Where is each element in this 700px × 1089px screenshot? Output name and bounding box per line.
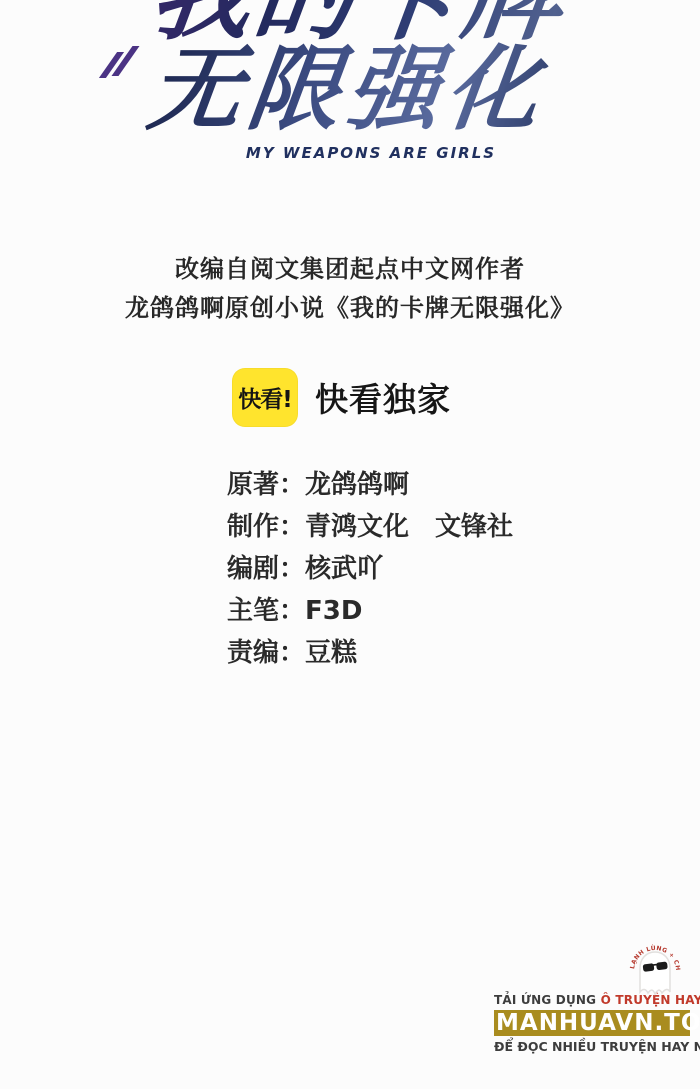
kuaikan-logo-badge: 快看! xyxy=(232,368,298,427)
credit-label: 责编 xyxy=(227,632,279,669)
credit-row-production: 制作：青鸿文化 文锋社 xyxy=(227,506,513,533)
credit-value: 青鸿文化 文锋社 xyxy=(305,506,513,543)
credit-value: 龙鸽鸽啊 xyxy=(305,464,409,501)
watermark-prefix: TẢI ỨNG DỤNG xyxy=(494,993,601,1007)
credit-label: 编剧 xyxy=(227,548,279,585)
watermark-tagline-bottom: ĐỂ ĐỌC NHIỀU TRUYỆN HAY NHÉ! xyxy=(494,1039,690,1054)
credit-label: 制作 xyxy=(227,506,279,543)
credits-list: 原著：龙鸽鸽啊 制作：青鸿文化 文锋社 编剧：核武吖 主笔：F3D 责编：豆糕 xyxy=(227,464,513,674)
credit-colon: ： xyxy=(279,548,305,585)
logo-title-line2: 无限强化 xyxy=(0,42,700,139)
credit-colon: ： xyxy=(279,590,305,627)
credit-row-original-author: 原著：龙鸽鸽啊 xyxy=(227,464,513,491)
watermark-site-url: MANHUAVN.TOP xyxy=(494,1010,690,1036)
credit-value: 核武吖 xyxy=(305,548,383,585)
site-watermark: LẠNH LÙNG + CHILL TẢI ỨNG DỤNG Ô TRUYỆN … xyxy=(494,993,690,1054)
mascot-ghost-icon: LẠNH LÙNG + CHILL xyxy=(627,933,683,997)
ghost-body xyxy=(640,952,670,994)
credit-colon: ： xyxy=(279,632,305,669)
credit-label: 原著 xyxy=(227,464,279,501)
adaptation-note: 改编自阅文集团起点中文网作者 龙鸽鸽啊原创小说《我的卡牌无限强化》 xyxy=(0,250,700,328)
credit-value: 豆糕 xyxy=(305,632,357,669)
logo-title-line1: 我的卡牌 xyxy=(3,0,700,48)
kuaikan-exclusive-label: 快看独家 xyxy=(315,374,451,421)
credit-row-lead-artist: 主笔：F3D xyxy=(227,590,513,617)
adaptation-line-2: 龙鸽鸽啊原创小说《我的卡牌无限强化》 xyxy=(0,289,700,328)
credit-colon: ： xyxy=(279,506,305,543)
credit-label: 主笔 xyxy=(227,590,279,627)
logo-english-subtitle: MY WEAPONS ARE GIRLS xyxy=(0,144,700,162)
credit-colon: ： xyxy=(279,464,305,501)
credit-value: F3D xyxy=(305,596,362,626)
platform-row: 快看! 快看独家 xyxy=(232,368,451,427)
credit-row-screenwriter: 编剧：核武吖 xyxy=(227,548,513,575)
adaptation-line-1: 改编自阅文集团起点中文网作者 xyxy=(0,250,700,289)
credit-row-editor: 责编：豆糕 xyxy=(227,632,513,659)
comic-credits-page: 我的卡牌 无限强化 MY WEAPONS ARE GIRLS 改编自阅文集团起点… xyxy=(0,0,700,1089)
